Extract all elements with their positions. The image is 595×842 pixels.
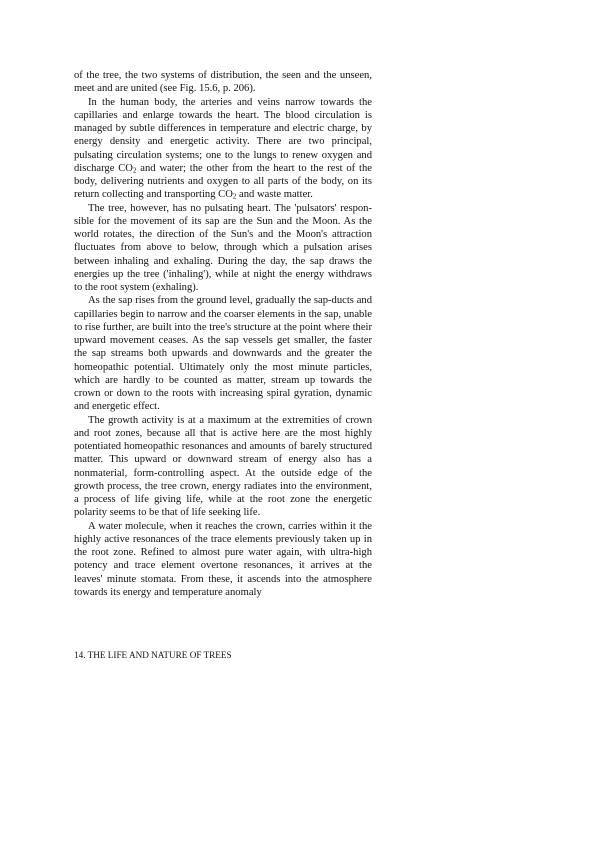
paragraph-3: The tree, however, has no pulsating hear… (74, 202, 372, 295)
paragraph-text: A water molecule, when it reaches the cr… (74, 521, 372, 598)
running-footer: 14. THE LIFE AND NATURE OF TREES (74, 650, 232, 660)
paragraph-2: In the human body, the arteries and vein… (74, 96, 372, 202)
paragraph-text: The tree, however, has no pulsating hear… (74, 203, 372, 294)
document-page: of the tree, the two systems of distribu… (0, 0, 595, 842)
body-text: of the tree, the two systems of distribu… (74, 69, 372, 599)
paragraph-text: As the sap rises from the ground level, … (74, 295, 372, 412)
paragraph-text: and waste matter. (236, 189, 312, 200)
paragraph-5: The growth activity is at a maximum at t… (74, 414, 372, 520)
paragraph-text: of the tree, the two systems of distribu… (74, 70, 372, 94)
paragraph-4: As the sap rises from the ground level, … (74, 294, 372, 413)
paragraph-1: of the tree, the two systems of distribu… (74, 69, 372, 96)
paragraph-6: A water molecule, when it reaches the cr… (74, 520, 372, 600)
paragraph-text: The growth activity is at a maximum at t… (74, 415, 372, 519)
